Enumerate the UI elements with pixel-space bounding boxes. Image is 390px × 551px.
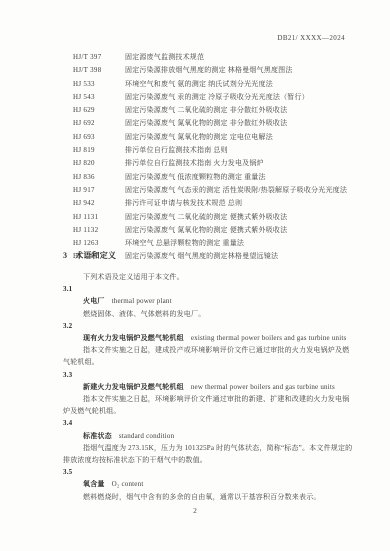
reference-list: HJ/T 397 固定源废气监测技术规范 HJ/T 398 固定污染源排放烟气黑… <box>73 51 352 264</box>
reference-title: 排污单位自行监测技术指南 总则 <box>125 144 228 157</box>
term-zh: 标准状态 <box>83 432 112 440</box>
section-number: 3 <box>63 251 67 260</box>
term-block: 3.5 氧含量O₂ content 燃料燃烧时，烟气中含有的多余的自由氧，通常以… <box>63 466 353 503</box>
term-en: standard condition <box>119 432 175 440</box>
reference-title: 固定源废气监测技术规范 <box>125 51 204 64</box>
term-definition: 指烟气温度为 273.15K，压力为 101325Pa 时的气体状态，简称“标态… <box>63 442 353 466</box>
term-name: 标准状态standard condition <box>83 430 353 442</box>
reference-item: HJ 543 固定污染源废气 汞的测定 冷原子吸收分光光度法（暂行） <box>73 91 352 104</box>
term-en: O₂ content <box>112 480 144 488</box>
section-title: 术语和定义 <box>75 251 116 260</box>
reference-title: 环境空气和废气 氨的测定 纳氏试剂分光光度法 <box>125 78 273 91</box>
term-name: 火电厂thermal power plant <box>83 295 353 307</box>
reference-item: HJ 819 排污单位自行监测技术指南 总则 <box>73 144 352 157</box>
term-id: 3.3 <box>63 369 353 381</box>
reference-code: HJ/T 397 <box>73 51 125 64</box>
reference-code: HJ 533 <box>73 78 125 91</box>
page-number: 2 <box>0 506 390 515</box>
term-definition: 指本文件实施之日起，建成投产或环境影响评价文件已通过审批的火力发电锅炉及燃气轮机… <box>63 344 353 368</box>
reference-title: 固定污染源废气 气态汞的测定 活性炭吸附/热裂解原子吸收分光光度法 <box>125 184 347 197</box>
term-block: 3.1 火电厂thermal power plant 燃烧固体、液体、气体燃料的… <box>63 283 353 320</box>
term-name: 新建火力发电锅炉及燃气轮机组new thermal power boilers … <box>83 381 353 393</box>
term-zh: 现有火力发电锅炉及燃气轮机组 <box>83 334 184 342</box>
reference-item: HJ 942 排污许可证申请与核发技术规范 总则 <box>73 197 352 210</box>
term-id: 3.5 <box>63 466 353 478</box>
section-intro: 下列术语及定义适用于本文件。 <box>63 271 353 283</box>
term-zh: 新建火力发电锅炉及燃气轮机组 <box>83 383 184 391</box>
reference-item: HJ 1131 固定污染源废气 二氧化硫的测定 便携式紫外吸收法 <box>73 211 352 224</box>
terms-section: 3术语和定义 下列术语及定义适用于本文件。 3.1 火电厂thermal pow… <box>63 250 353 503</box>
reference-title: 固定污染源废气 二氧化硫的测定 非分散红外吸收法 <box>125 104 287 117</box>
reference-code: HJ 1131 <box>73 211 125 224</box>
reference-title: 排污许可证申请与核发技术规范 总则 <box>125 197 242 210</box>
term-id: 3.4 <box>63 417 353 429</box>
doc-number: DB21/ XXXX—2024 <box>277 34 345 42</box>
document-page: DB21/ XXXX—2024 HJ/T 397 固定源废气监测技术规范 HJ/… <box>0 0 390 551</box>
reference-item: HJ 533 环境空气和废气 氨的测定 纳氏试剂分光光度法 <box>73 78 352 91</box>
section-heading: 3术语和定义 <box>63 250 353 262</box>
reference-item: HJ 1263 环境空气 总悬浮颗粒物的测定 重量法 <box>73 237 352 250</box>
reference-code: HJ 1263 <box>73 237 125 250</box>
term-block: 3.3 新建火力发电锅炉及燃气轮机组new thermal power boil… <box>63 369 353 418</box>
term-block: 3.4 标准状态standard condition 指烟气温度为 273.15… <box>63 417 353 466</box>
reference-item: HJ 820 排污单位自行监测技术指南 火力发电及锅炉 <box>73 157 352 170</box>
reference-title: 固定污染源废气 氮氧化物的测定 非分散红外吸收法 <box>125 117 287 130</box>
reference-code: HJ 917 <box>73 184 125 197</box>
term-name: 氧含量O₂ content <box>83 478 353 490</box>
term-definition: 燃料燃烧时，烟气中含有的多余的自由氧，通常以干基容积百分数来表示。 <box>63 491 353 503</box>
reference-code: HJ 692 <box>73 117 125 130</box>
reference-item: HJ/T 398 固定污染源排放烟气黑度的测定 林格曼烟气黑度图法 <box>73 64 352 77</box>
reference-code: HJ 1132 <box>73 224 125 237</box>
term-definition: 指本文件实施之日起，环境影响评价文件通过审批的新建、扩建和改建的火力发电锅炉及燃… <box>63 393 353 417</box>
reference-code: HJ 942 <box>73 197 125 210</box>
reference-code: HJ 819 <box>73 144 125 157</box>
reference-code: HJ/T 398 <box>73 64 125 77</box>
term-name: 现有火力发电锅炉及燃气轮机组existing thermal power boi… <box>83 332 353 344</box>
reference-title: 环境空气 总悬浮颗粒物的测定 重量法 <box>125 237 244 250</box>
reference-title: 固定污染源废气 二氧化硫的测定 便携式紫外吸收法 <box>125 211 287 224</box>
term-id: 3.2 <box>63 320 353 332</box>
reference-code: HJ 693 <box>73 131 125 144</box>
reference-title: 固定污染源废气 氮氧化物的测定 便携式紫外吸收法 <box>125 224 287 237</box>
reference-item: HJ 693 固定污染源废气 氮氧化物的测定 定电位电解法 <box>73 131 352 144</box>
reference-item: HJ 629 固定污染源废气 二氧化硫的测定 非分散红外吸收法 <box>73 104 352 117</box>
term-zh: 氧含量 <box>83 480 105 488</box>
reference-code: HJ 836 <box>73 171 125 184</box>
reference-title: 固定污染源废气 汞的测定 冷原子吸收分光光度法（暂行） <box>125 91 309 104</box>
reference-item: HJ/T 397 固定源废气监测技术规范 <box>73 51 352 64</box>
reference-item: HJ 836 固定污染源废气 低浓度颗粒物的测定 重量法 <box>73 171 352 184</box>
reference-title: 固定污染源废气 氮氧化物的测定 定电位电解法 <box>125 131 273 144</box>
reference-item: HJ 917 固定污染源废气 气态汞的测定 活性炭吸附/热裂解原子吸收分光光度法 <box>73 184 352 197</box>
term-en: new thermal power boilers and gas turbin… <box>191 383 335 391</box>
term-id: 3.1 <box>63 283 353 295</box>
term-zh: 火电厂 <box>83 297 105 305</box>
reference-code: HJ 820 <box>73 157 125 170</box>
term-block: 3.2 现有火力发电锅炉及燃气轮机组existing thermal power… <box>63 320 353 369</box>
term-en: existing thermal power boilers and gas t… <box>191 334 347 342</box>
reference-item: HJ 1132 固定污染源废气 氮氧化物的测定 便携式紫外吸收法 <box>73 224 352 237</box>
reference-title: 固定污染源废气 低浓度颗粒物的测定 重量法 <box>125 171 266 184</box>
reference-code: HJ 629 <box>73 104 125 117</box>
term-definition: 燃烧固体、液体、气体燃料的发电厂。 <box>63 308 353 320</box>
term-en: thermal power plant <box>112 297 172 305</box>
reference-title: 排污单位自行监测技术指南 火力发电及锅炉 <box>125 157 264 170</box>
reference-code: HJ 543 <box>73 91 125 104</box>
reference-item: HJ 692 固定污染源废气 氮氧化物的测定 非分散红外吸收法 <box>73 117 352 130</box>
reference-title: 固定污染源排放烟气黑度的测定 林格曼烟气黑度图法 <box>125 64 293 77</box>
